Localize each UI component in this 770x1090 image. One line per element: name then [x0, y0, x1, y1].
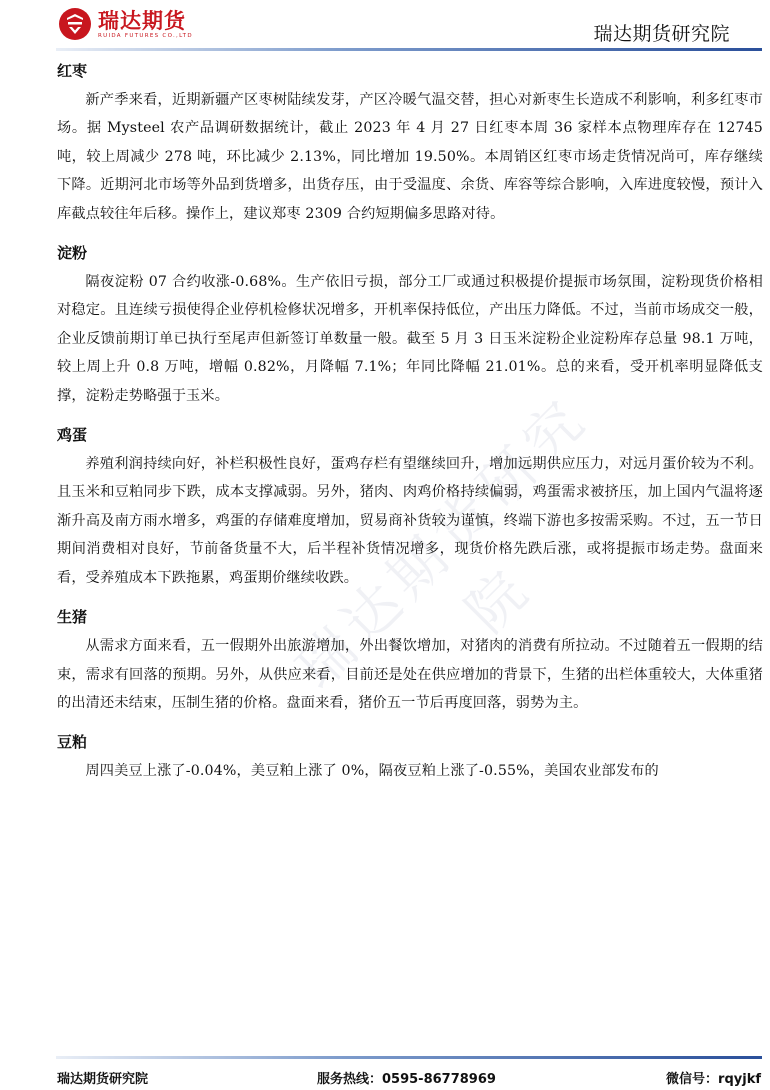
section-paragraph-hongzao: 新产季来看，近期新疆产区枣树陆续发芽，产区冷暖气温交替，担心对新枣生长造成不利影… [57, 86, 763, 228]
footer-hotline: 服务热线：0595-86778969 [317, 1068, 496, 1087]
section-title-hongzao: 红枣 [57, 56, 763, 86]
footer-org: 瑞达期货研究院 [57, 1068, 148, 1087]
ruida-logo-icon [58, 7, 92, 41]
company-logo: 瑞达期货 RUIDA FUTURES CO.,LTD [58, 6, 193, 42]
section-title-dianfen: 淀粉 [57, 238, 763, 268]
section-paragraph-dianfen: 隔夜淀粉 07 合约收涨-0.68%。生产依旧亏损，部分工厂或通过积极提价提振市… [57, 268, 763, 410]
section-paragraph-shengzhu: 从需求方面来看，五一假期外出旅游增加，外出餐饮增加，对猪肉的消费有所拉动。不过随… [57, 632, 763, 717]
header-title: 瑞达期货研究院 [593, 19, 730, 46]
logo-english-name: RUIDA FUTURES CO.,LTD [98, 33, 193, 40]
footer-divider [56, 1056, 762, 1059]
page-header: 瑞达期货 RUIDA FUTURES CO.,LTD 瑞达期货研究院 [0, 0, 770, 52]
logo-chinese-name: 瑞达期货 [98, 9, 193, 33]
section-paragraph-jidan: 养殖利润持续向好，补栏积极性良好，蛋鸡存栏有望继续回升，增加远期供应压力，对远月… [57, 450, 763, 592]
page-footer: 瑞达期货研究院 服务热线：0595-86778969 微信号：rqyjkf [57, 1068, 763, 1088]
report-body: 红枣 新产季来看，近期新疆产区枣树陆续发芽，产区冷暖气温交替，担心对新枣生长造成… [57, 56, 763, 786]
footer-wechat: 微信号：rqyjkf [666, 1068, 761, 1087]
section-title-shengzhu: 生猪 [57, 602, 763, 632]
section-paragraph-doupo: 周四美豆上涨了-0.04%，美豆粕上涨了 0%，隔夜豆粕上涨了-0.55%，美国… [57, 757, 763, 785]
header-divider [56, 48, 762, 51]
section-title-doupo: 豆粕 [57, 727, 763, 757]
section-title-jidan: 鸡蛋 [57, 420, 763, 450]
